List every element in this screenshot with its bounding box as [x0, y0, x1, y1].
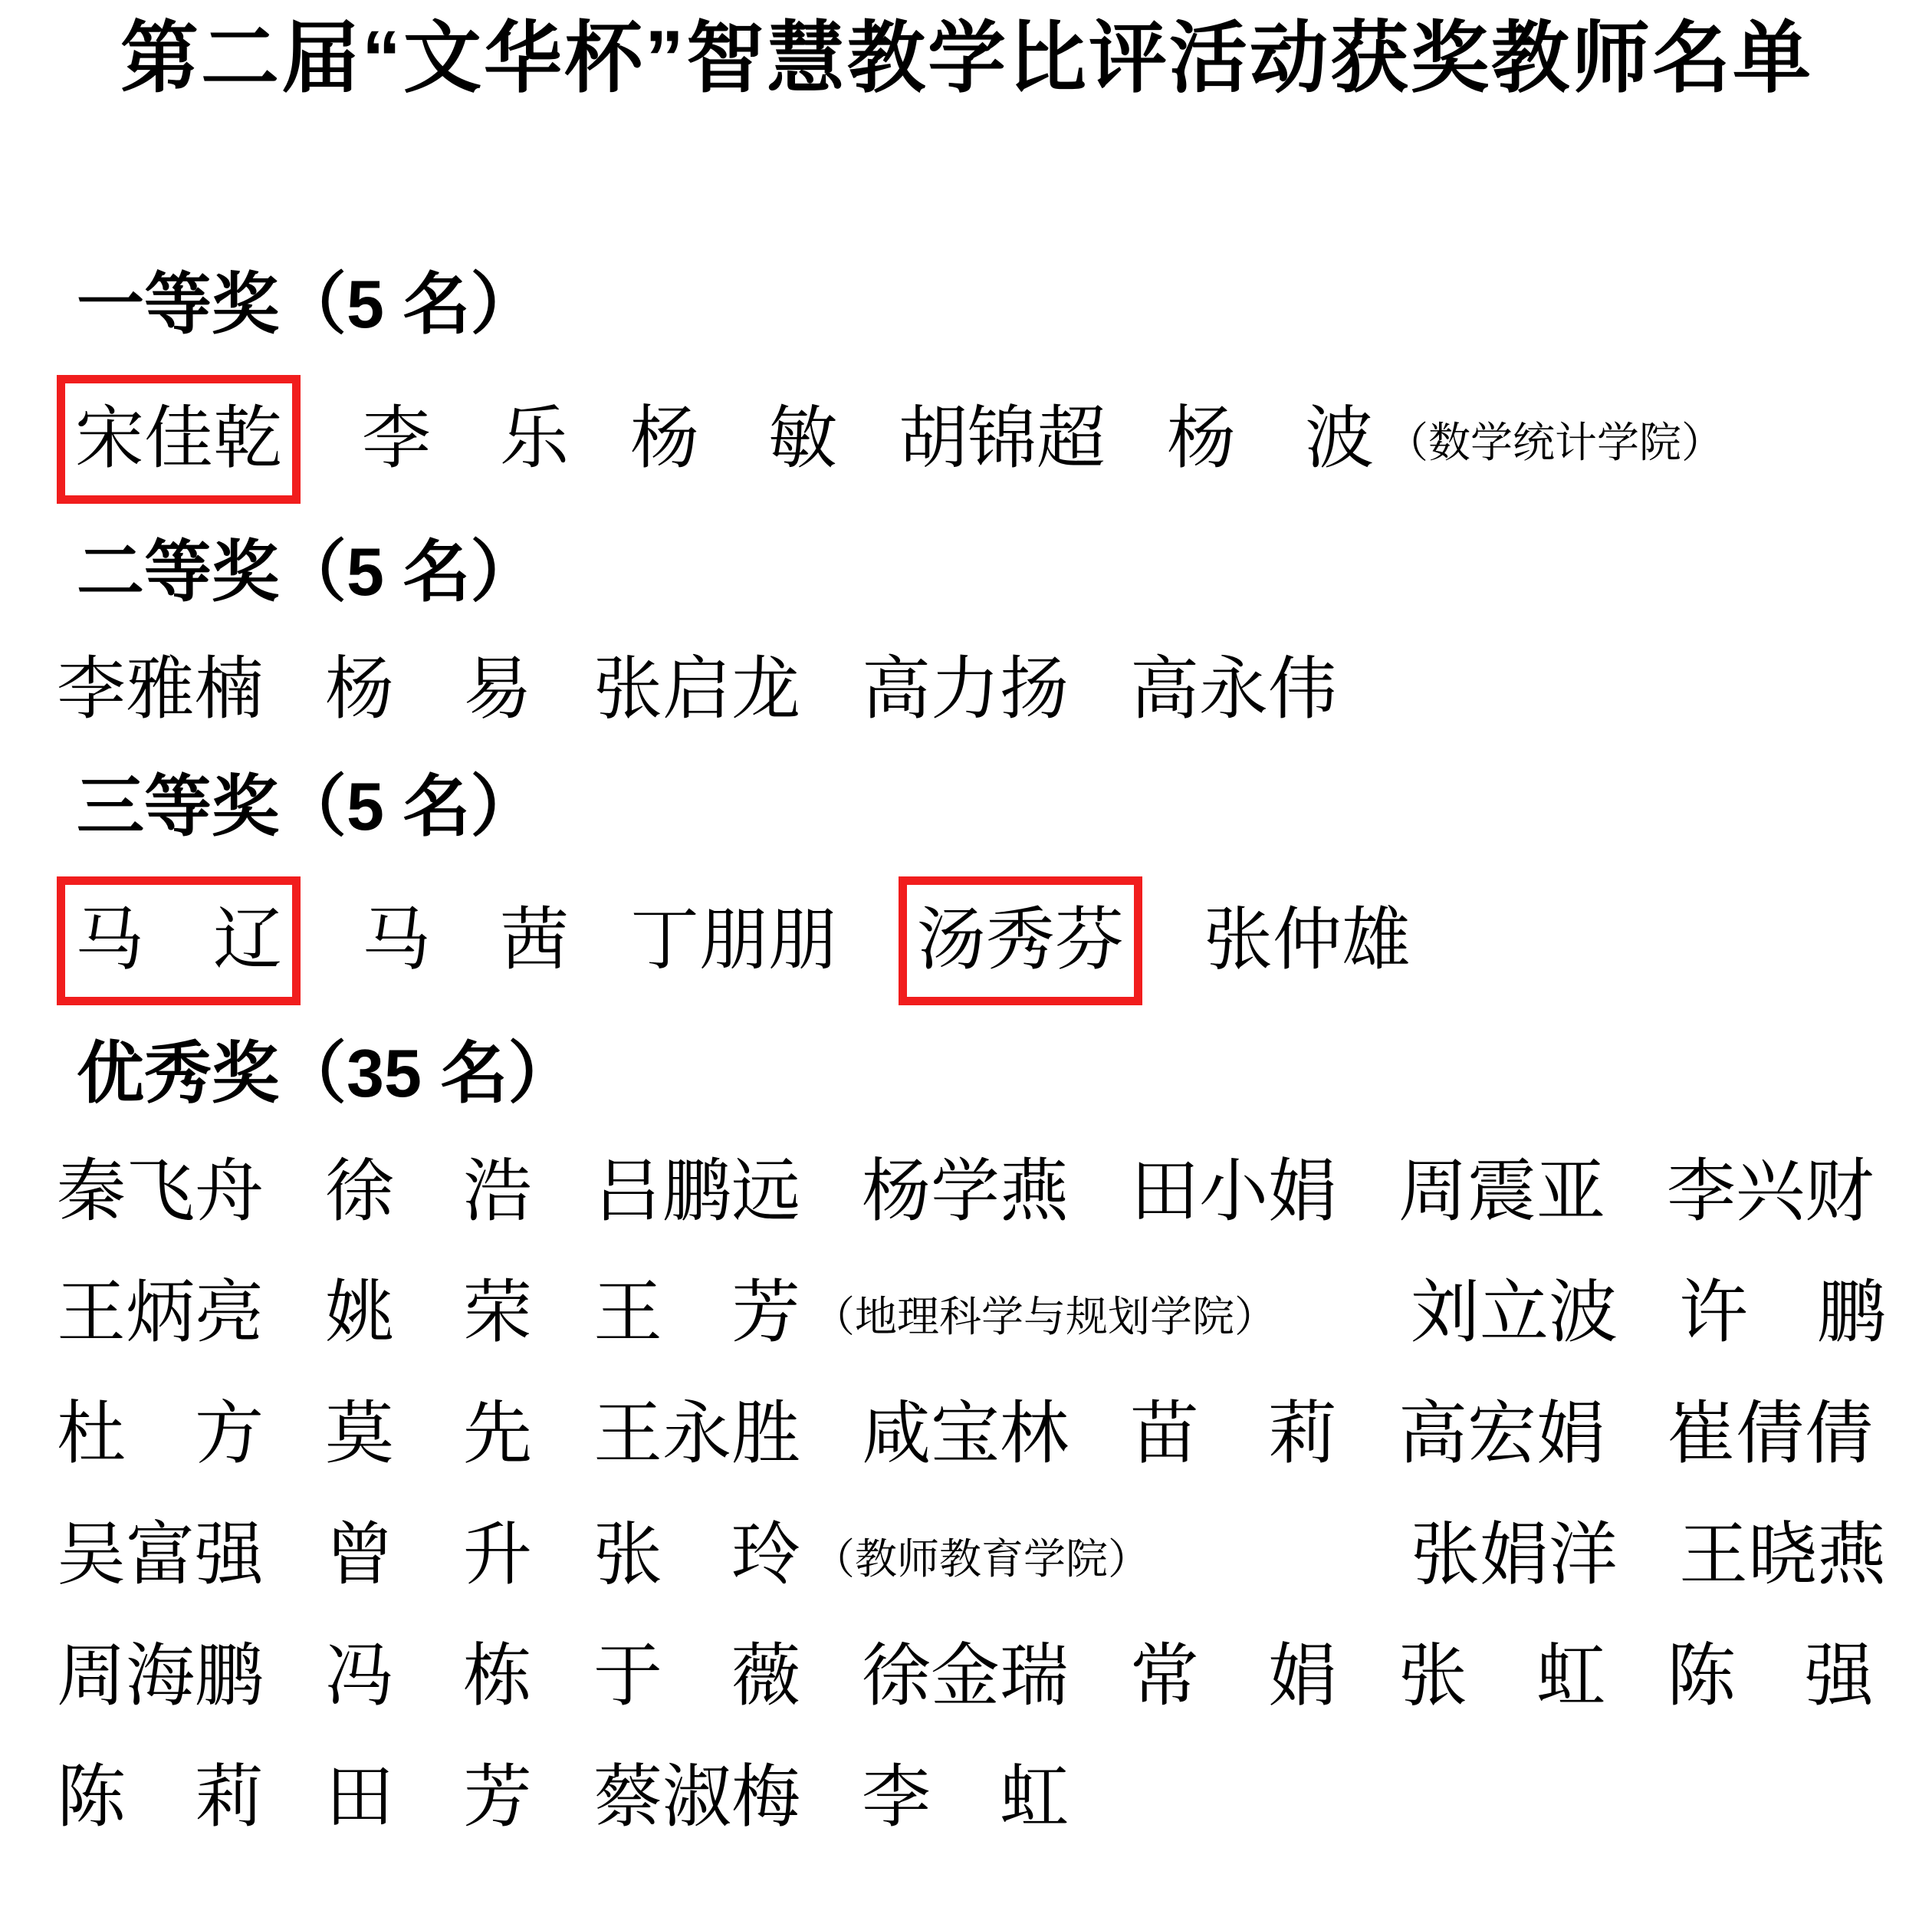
awardee-name: 于 薇	[593, 1629, 800, 1725]
awardee-name: 田 芳	[325, 1750, 532, 1846]
awardee-name: 许 鹏	[1679, 1265, 1886, 1362]
awardee-name: 张 虹	[1398, 1629, 1605, 1725]
awardee-name-highlighted: 宋佳乾	[57, 375, 301, 504]
awardee-name: 张仲雄	[1204, 893, 1411, 989]
awardee-name: 张 玲	[593, 1508, 800, 1604]
department-note: （教师教育学院）	[813, 1522, 1150, 1589]
awardee-name: 杨 波	[1167, 391, 1374, 488]
page-title: 第二届“文华杯”智慧教学比评活动获奖教师名单	[48, 14, 1886, 104]
awardee-name: 张启龙	[593, 642, 800, 738]
awardee-name: 冯 栋	[325, 1629, 532, 1725]
awardee-name: 王晓燕	[1679, 1508, 1886, 1604]
name-row: 王炳亮 姚 荣 王 芳 （地理科学与规划学院） 刘立波 许 鹏	[57, 1265, 1886, 1362]
name-row: 周海鹏 冯 栋 于 薇 徐金瑞 常 娟 张 虹 陈 强	[57, 1629, 1886, 1725]
name-row: 李雅楠 杨 易 张启龙 高力扬 高永伟	[57, 642, 1886, 738]
department-note: （数学统计学院）	[1386, 406, 1723, 472]
awardee-name-highlighted: 汤秀芬	[899, 876, 1142, 1005]
awardee-name: 吴富强	[57, 1508, 264, 1604]
awardee-name: 蔡淑梅	[593, 1750, 800, 1846]
awardee-name: 马 茜	[362, 893, 569, 989]
awardee-name-highlighted: 马 辽	[57, 876, 301, 1005]
awardee-name: 苗 莉	[1130, 1386, 1337, 1483]
awardee-name: 高永伟	[1130, 642, 1337, 738]
awardee-name: 高宏娟	[1398, 1386, 1605, 1483]
awardee-name: 常 娟	[1130, 1629, 1337, 1725]
awardee-name: 姚 荣	[325, 1265, 532, 1362]
awardee-name: 胡锦超	[899, 391, 1106, 488]
awardee-name: 咸宝林	[862, 1386, 1069, 1483]
awardee-name: 张娟洋	[1411, 1508, 1618, 1604]
awardee-name: 徐 浩	[325, 1144, 532, 1241]
name-row: 吴富强 曾 升 张 玲 （教师教育学院） 张娟洋 王晓燕	[57, 1508, 1886, 1604]
awardee-name: 陈 莉	[57, 1750, 264, 1846]
awardee-name: 吕鹏远	[593, 1144, 800, 1241]
awardee-name: 杨 敏	[630, 391, 837, 488]
awardee-name: 李 虹	[862, 1750, 1069, 1846]
awardee-name: 秦飞舟	[57, 1144, 264, 1241]
awardee-name: 周海鹏	[57, 1629, 264, 1725]
awardee-name: 王永胜	[593, 1386, 800, 1483]
awardee-name: 杨学燕	[862, 1144, 1069, 1241]
section-first-prize: 一等奖（5 名） 宋佳乾 李 乐 杨 敏 胡锦超 杨 波 （数学统计学院）	[48, 261, 1886, 503]
document-page: 第二届“文华杯”智慧教学比评活动获奖教师名单 一等奖（5 名） 宋佳乾 李 乐 …	[0, 0, 1932, 1917]
department-note: （地理科学与规划学院）	[813, 1280, 1276, 1347]
awardee-name: 李兴财	[1667, 1144, 1874, 1241]
awardee-name: 崔倩倩	[1667, 1386, 1874, 1483]
awardee-name: 王炳亮	[57, 1265, 264, 1362]
section-second-prize: 二等奖（5 名） 李雅楠 杨 易 张启龙 高力扬 高永伟	[48, 528, 1886, 738]
section-heading: 三等奖（5 名）	[77, 763, 1886, 850]
name-row: 陈 莉 田 芳 蔡淑梅 李 虹	[57, 1750, 1886, 1846]
name-row: 秦飞舟 徐 浩 吕鹏远 杨学燕 田小娟 周震亚 李兴财	[57, 1144, 1886, 1241]
awardee-name: 丁朋朋	[630, 893, 837, 989]
awardee-with-department: 王 芳 （地理科学与规划学院）	[593, 1265, 1349, 1362]
section-heading: 优秀奖（35 名）	[77, 1030, 1886, 1117]
awardee-name: 徐金瑞	[862, 1629, 1069, 1725]
awardee-name: 杜 方	[57, 1386, 264, 1483]
awardee-name: 田小娟	[1130, 1144, 1337, 1241]
section-excellence-award: 优秀奖（35 名） 秦飞舟 徐 浩 吕鹏远 杨学燕 田小娟 周震亚 李兴财 王炳…	[48, 1030, 1886, 1846]
name-row: 杜 方 莫 先 王永胜 咸宝林 苗 莉 高宏娟 崔倩倩	[57, 1386, 1886, 1483]
awardee-name: 莫 先	[325, 1386, 532, 1483]
awardee-name: 陈 强	[1667, 1629, 1874, 1725]
name-row: 马 辽 马 茜 丁朋朋 汤秀芬 张仲雄	[57, 876, 1886, 1005]
awardee-with-department: 张 玲 （教师教育学院）	[593, 1508, 1349, 1604]
awardee-name: 杨 易	[325, 642, 532, 738]
awardee-with-department: 杨 波 （数学统计学院）	[1167, 391, 1723, 488]
awardee-name: 李雅楠	[57, 642, 264, 738]
section-third-prize: 三等奖（5 名） 马 辽 马 茜 丁朋朋 汤秀芬 张仲雄	[48, 763, 1886, 1005]
awardee-name: 王 芳	[593, 1265, 800, 1362]
awardee-name: 周震亚	[1398, 1144, 1605, 1241]
awardee-name: 高力扬	[862, 642, 1069, 738]
awardee-name: 刘立波	[1411, 1265, 1618, 1362]
awardee-name: 曾 升	[325, 1508, 532, 1604]
section-heading: 一等奖（5 名）	[77, 261, 1886, 348]
name-row: 宋佳乾 李 乐 杨 敏 胡锦超 杨 波 （数学统计学院）	[57, 375, 1886, 504]
section-heading: 二等奖（5 名）	[77, 528, 1886, 616]
awardee-name: 李 乐	[362, 391, 569, 488]
